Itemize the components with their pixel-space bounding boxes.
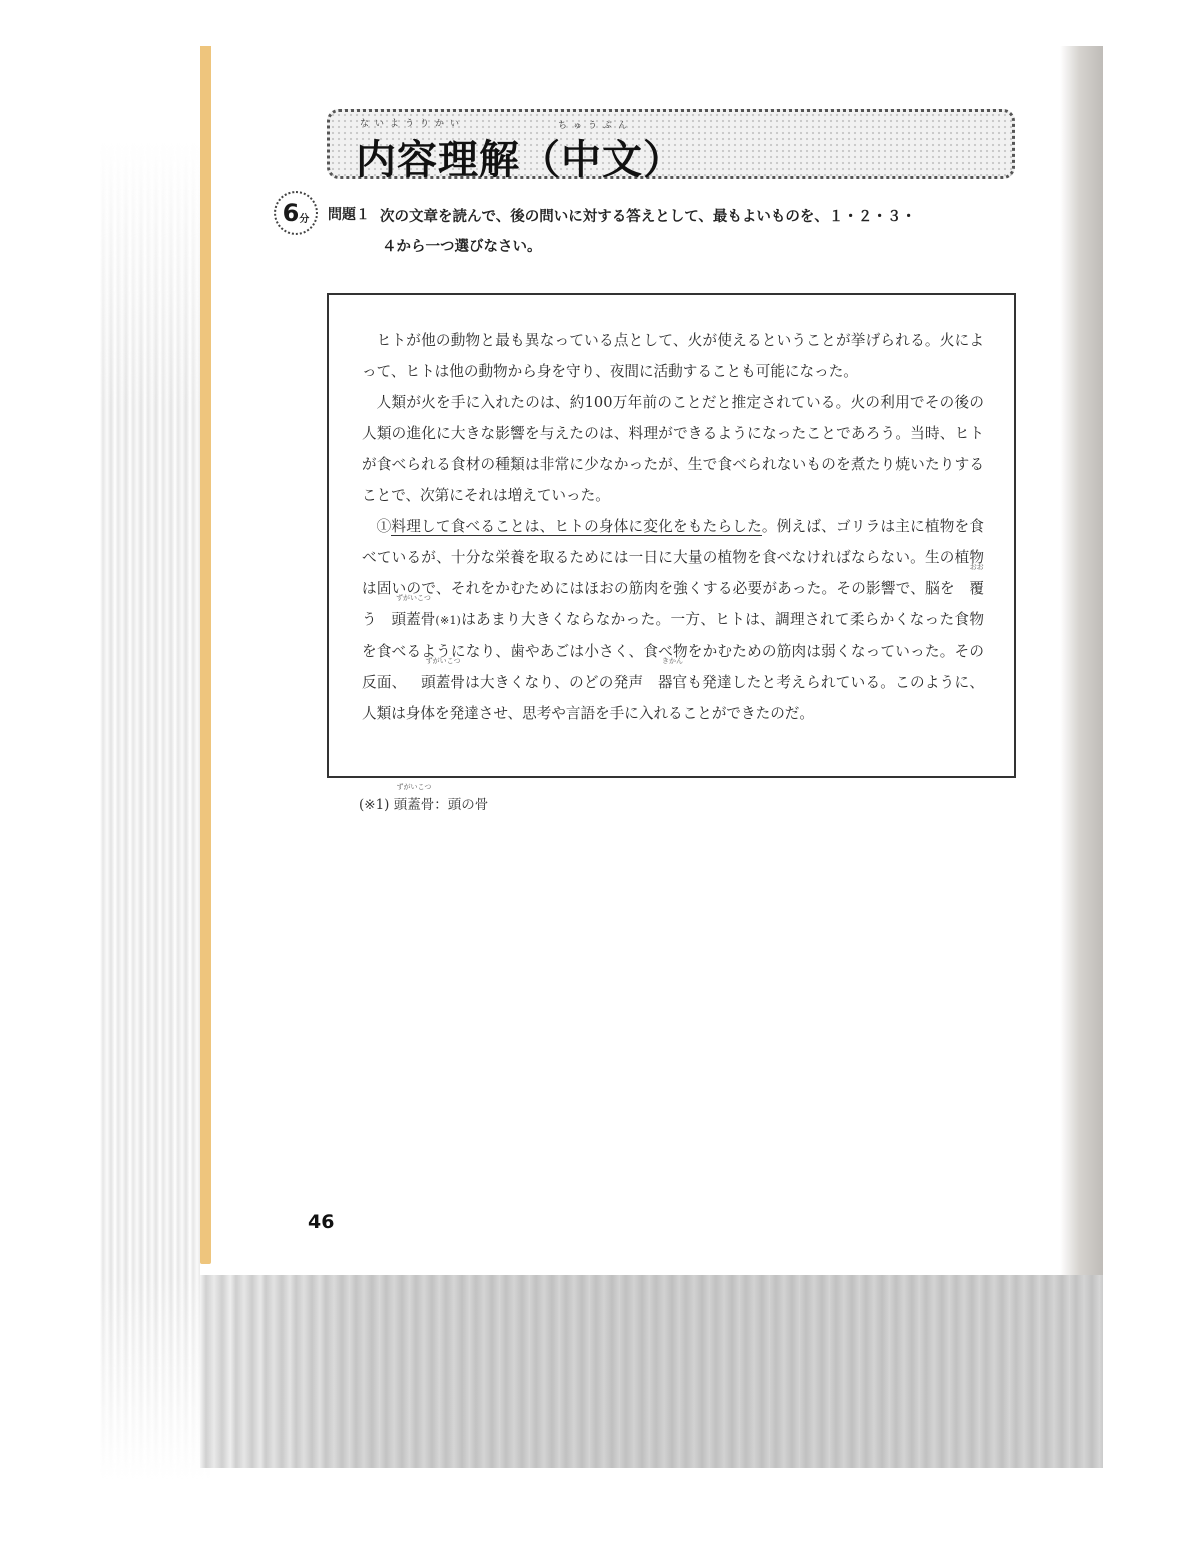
time-limit-badge: 6 分 xyxy=(274,191,318,235)
ruby-base: 覆 xyxy=(969,580,984,597)
underline-marker: ① xyxy=(377,518,392,535)
paragraph-3-text-b: う xyxy=(362,611,377,628)
note-reference: (※1) xyxy=(435,614,461,627)
ruby-reading: ずがいこつ xyxy=(394,783,435,791)
paragraph-3-text-d: は大きくなり、のどの発声 xyxy=(465,674,643,691)
reading-passage-box: ヒトが他の動物と最も異なっている点として、火が使えるということが挙げられる。火に… xyxy=(327,293,1016,778)
ruby-base: 器官 xyxy=(658,674,687,691)
ruby-base: 頭蓋骨 xyxy=(394,797,435,813)
passage-body: ヒトが他の動物と最も異なっている点として、火が使えるということが挙げられる。火に… xyxy=(362,325,984,729)
footnote: (※1) ずがいこつ頭蓋骨：頭の骨 xyxy=(359,793,488,813)
ruby-reading: きかん xyxy=(643,657,687,665)
footnote-marker: (※1) xyxy=(359,797,389,813)
ruby-reading: ずがいこつ xyxy=(377,594,435,602)
page-number: 46 xyxy=(308,1211,334,1233)
ruby-reading: おお xyxy=(955,563,984,571)
ruby-reading: ずがいこつ xyxy=(407,657,465,665)
ruby-kikan: きかん器官 xyxy=(643,667,687,698)
section-banner: ないようりかい ちゅうぶん 内容理解（中文） xyxy=(327,109,1015,179)
ruby-base: 頭蓋骨 xyxy=(421,674,465,691)
page-fold-shadow xyxy=(1060,46,1103,1275)
question-instruction: 次の文章を読んで、後の問いに対する答えとして、最もよいものを、１・２・３・ ４か… xyxy=(380,202,1040,262)
book-page: ないようりかい ちゅうぶん 内容理解（中文） 6 分 問題１ 次の文章を読んで、… xyxy=(200,46,1103,1275)
footnote-definition: ：頭の骨 xyxy=(434,797,488,813)
ruby-base: 頭蓋骨 xyxy=(392,611,436,628)
paragraph-1: ヒトが他の動物と最も異なっている点として、火が使えるということが挙げられる。火に… xyxy=(362,325,984,387)
ruby-ooutsu: おお覆 xyxy=(955,573,984,604)
instruction-line-1: 次の文章を読んで、後の問いに対する答えとして、最もよいものを、１・２・３・ xyxy=(380,209,916,225)
paragraph-2: 人類が火を手に入れたのは、約100万年前のことだと推定されている。火の利用でその… xyxy=(362,387,984,511)
ruby-zugaikotsu-2: ずがいこつ頭蓋骨 xyxy=(407,667,465,698)
question-label: 問題１ xyxy=(328,204,370,224)
scan-streaks-left xyxy=(100,140,210,1480)
scan-bottom-band xyxy=(200,1275,1103,1468)
instruction-line-2: ４から一つ選びなさい。 xyxy=(380,232,1040,262)
footnote-term: ずがいこつ頭蓋骨 xyxy=(394,793,435,813)
time-limit-unit: 分 xyxy=(299,210,309,225)
paragraph-3: ①料理して食べることは、ヒトの身体に変化をもたらした。例えば、ゴリラは主に植物を… xyxy=(362,511,984,729)
time-limit-value: 6 xyxy=(283,201,300,225)
underlined-sentence: 料理して食べることは、ヒトの身体に変化をもたらした xyxy=(391,518,761,536)
section-title: 内容理解（中文） xyxy=(356,128,684,185)
gutter-accent-bar xyxy=(200,46,211,1264)
ruby-zugaikotsu: ずがいこつ頭蓋骨 xyxy=(377,604,435,635)
